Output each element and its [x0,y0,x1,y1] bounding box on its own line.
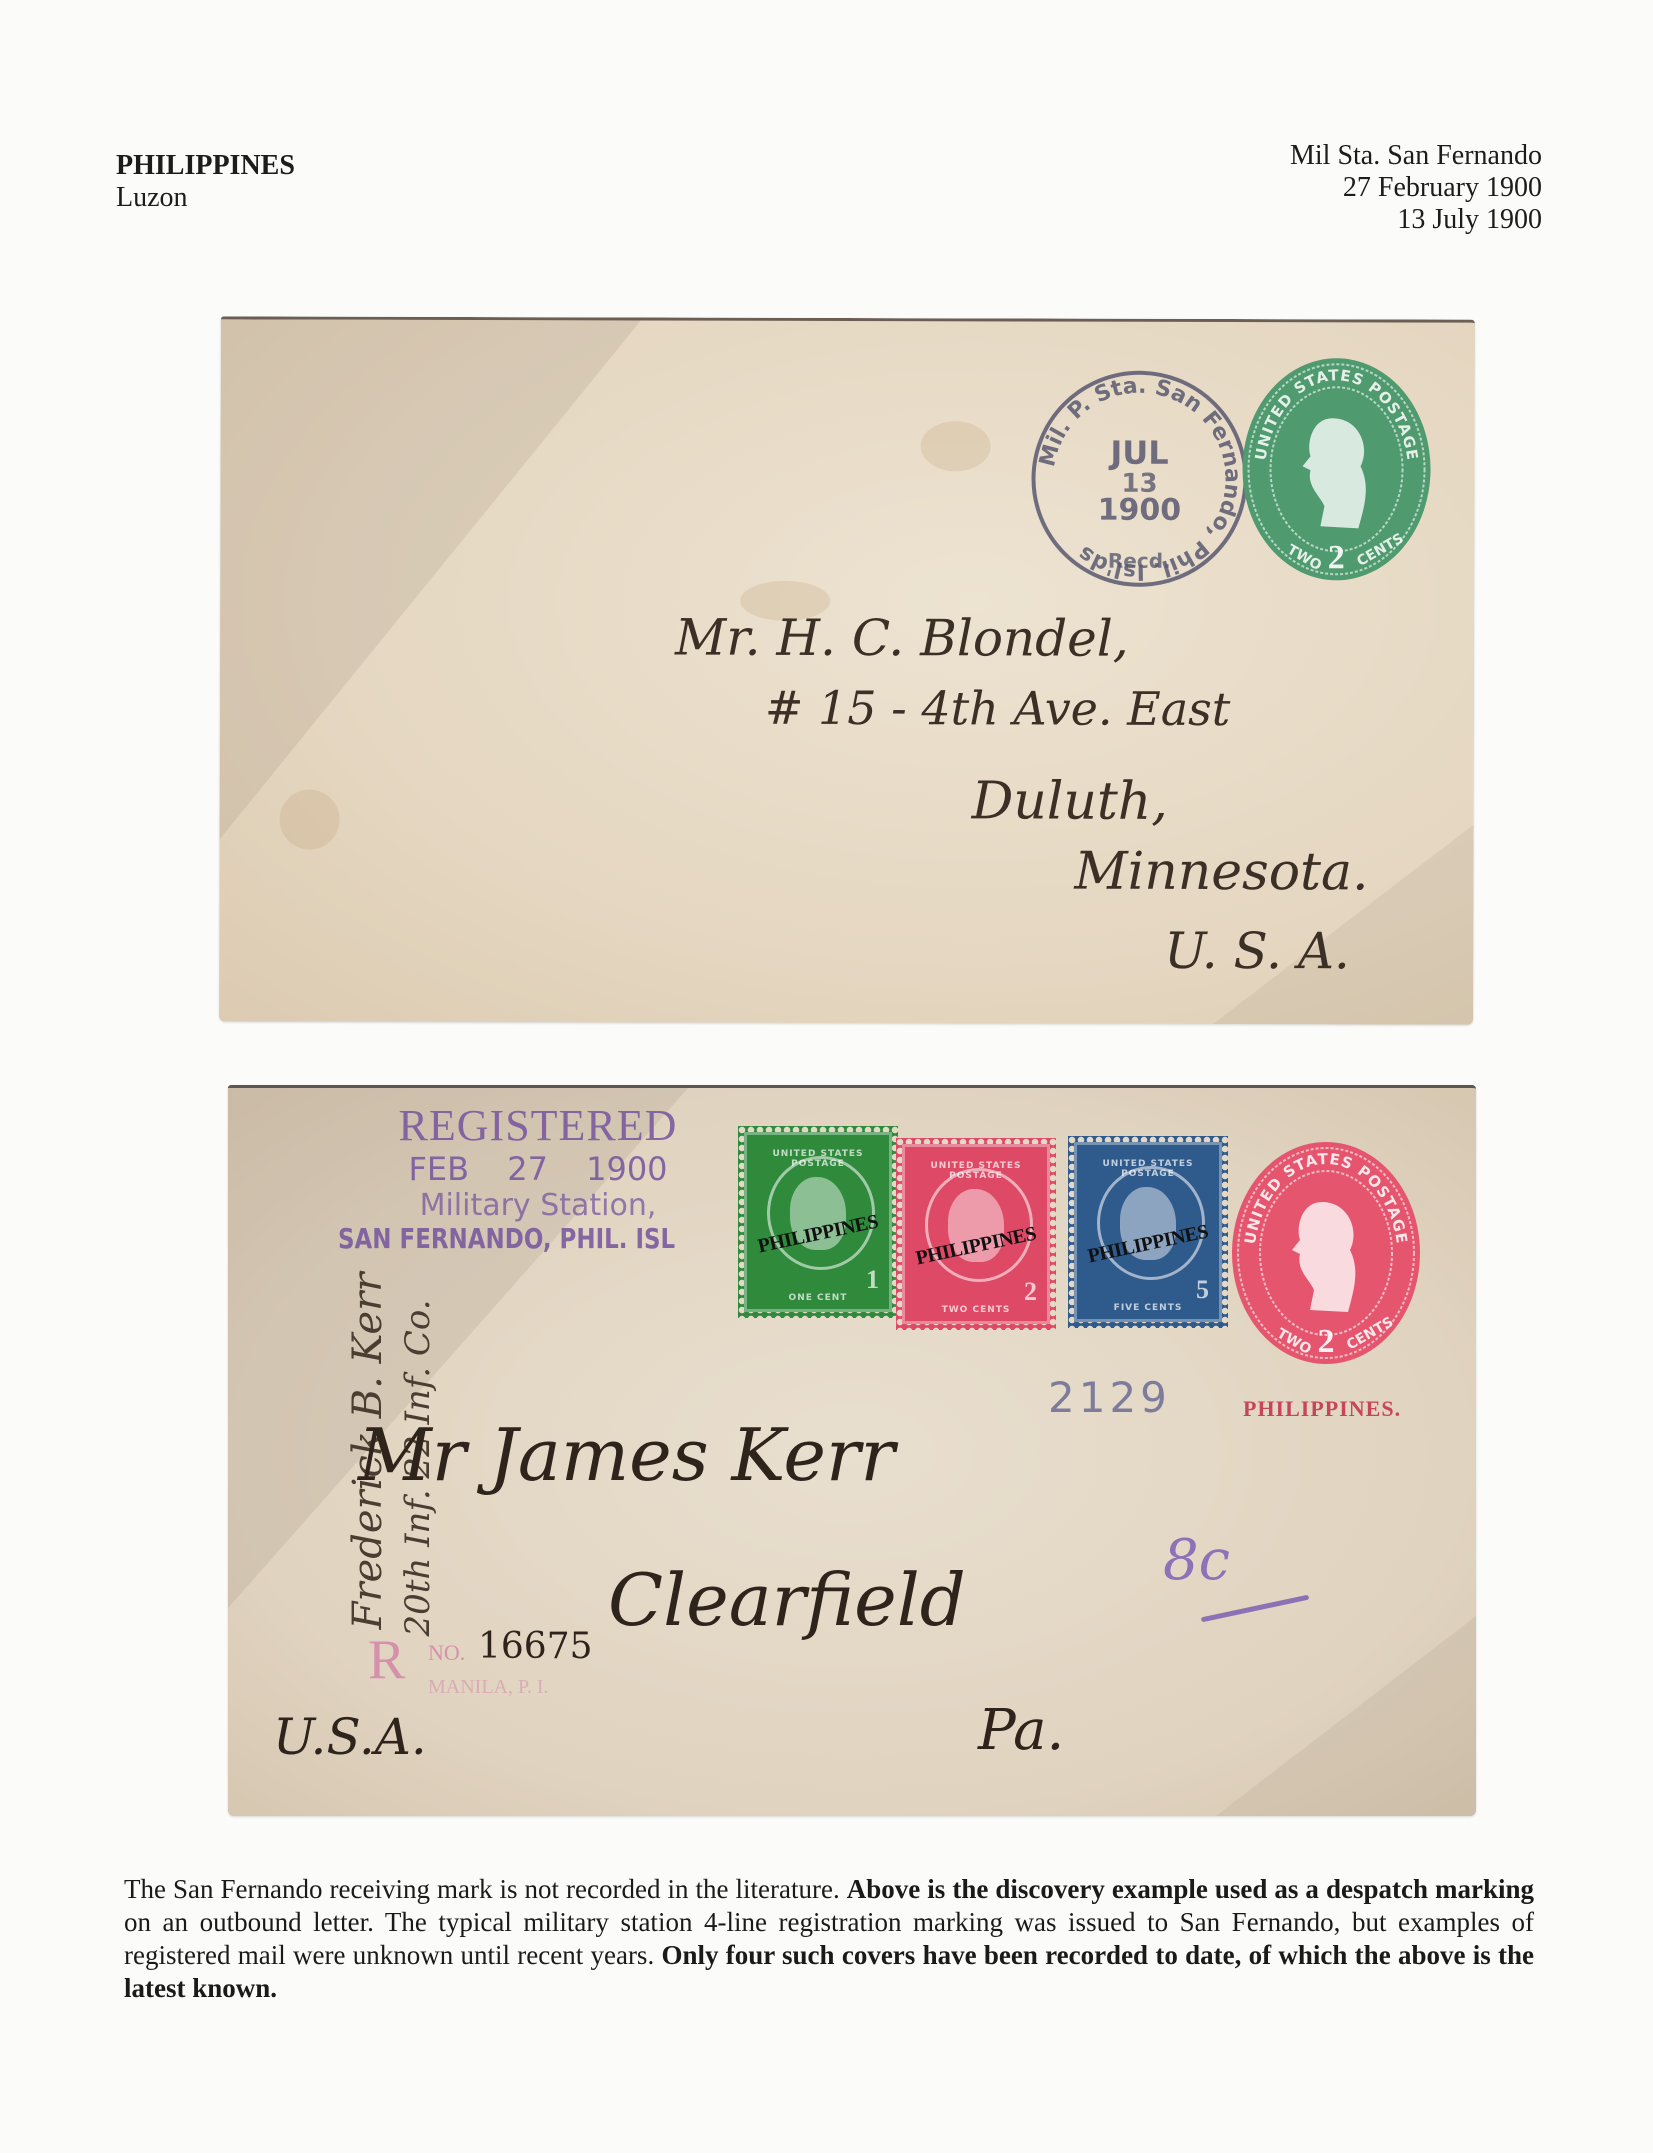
envelope-flap-shading [220,319,641,840]
svg-text:JUL: JUL [1108,434,1168,472]
address-line-2: # 15 - 4th Ave. East [765,681,1231,736]
stamp-denomination: ONE CENT [747,1293,889,1303]
stamp-denomination: FIVE CENTS [1077,1303,1219,1313]
san-fernando-cds-postmark: Mil. P. Sta. San Fernando, Phil. Isl'ds … [1028,367,1251,590]
caption-text: The San Fernando receiving mark is not r… [124,1874,847,1904]
page-header-right: Mil Sta. San Fernando 27 February 1900 1… [1290,140,1542,236]
stain [280,790,340,850]
svg-text:2: 2 [1328,539,1345,576]
stamp-denomination: TWO CENTS [905,1305,1047,1315]
registry-number: 2129 [1048,1373,1171,1422]
registry-no-label: NO. [428,1640,465,1666]
svg-text:2: 2 [1318,1323,1335,1360]
stamp-two-cent-red: UNITED STATES POSTAGE PHILIPPINES 2 TWO … [896,1138,1056,1330]
address-line-3: Pa. [978,1698,1064,1763]
stamp-value: 5 [1196,1275,1209,1305]
indicia-philippines-overprint: PHILIPPINES. [1243,1396,1401,1422]
address-line-1: Mr. H. C. Blondel, [675,609,1129,668]
red-two-cent-indicia: UNITED STATES POSTAGE TWO 2 CENTS [1228,1140,1424,1366]
address-line-1: Mr James Kerr [358,1413,895,1497]
page-header-left: PHILIPPINES Luzon [116,150,295,214]
cover-1-envelope: Mil. P. Sta. San Fernando, Phil. Isl'ds … [219,316,1475,1024]
stain [921,421,991,471]
cover-2-envelope: REGISTERED FEB 27 1900 Military Station,… [228,1085,1476,1816]
address-line-3: Duluth, [972,771,1168,832]
date-first: 27 February 1900 [1290,172,1542,204]
address-line-4: U.S.A. [273,1708,427,1766]
envelope-corner-shading [1216,1616,1476,1816]
registry-label-number: 16675 [478,1626,593,1667]
svg-text:1900: 1900 [1098,493,1182,528]
region-subtitle: Luzon [116,182,295,214]
registry-office: MANILA, P. I. [428,1676,549,1699]
station-name: Mil Sta. San Fernando [1290,140,1542,172]
description-caption: The San Fernando receiving mark is not r… [124,1873,1534,2005]
address-line-4: Minnesota. [1074,842,1368,903]
svg-text:Recd.: Recd. [1108,549,1171,573]
green-two-cent-indicia: UNITED STATES POSTAGE TWO 2 CENTS [1240,356,1433,583]
rate-note: 8c [1163,1528,1230,1593]
date-second: 13 July 1900 [1290,204,1542,236]
stamp-value: 2 [1024,1277,1037,1307]
stamp-one-cent-green: UNITED STATES POSTAGE PHILIPPINES 1 ONE … [738,1126,898,1318]
country-title: PHILIPPINES [116,150,295,182]
registry-r-label: R [368,1628,405,1692]
registered-label: REGISTERED [378,1103,698,1149]
stamp-five-cent-blue: UNITED STATES POSTAGE PHILIPPINES 5 FIVE… [1068,1136,1228,1328]
reg-year: 1900 [586,1150,667,1188]
reg-day: 27 [507,1150,548,1188]
stamp-value: 1 [866,1265,879,1295]
address-line-2: Clearfield [608,1558,966,1642]
caption-bold-text: Above is the discovery example used as a… [847,1874,1534,1904]
address-line-5: U. S. A. [1164,922,1350,980]
